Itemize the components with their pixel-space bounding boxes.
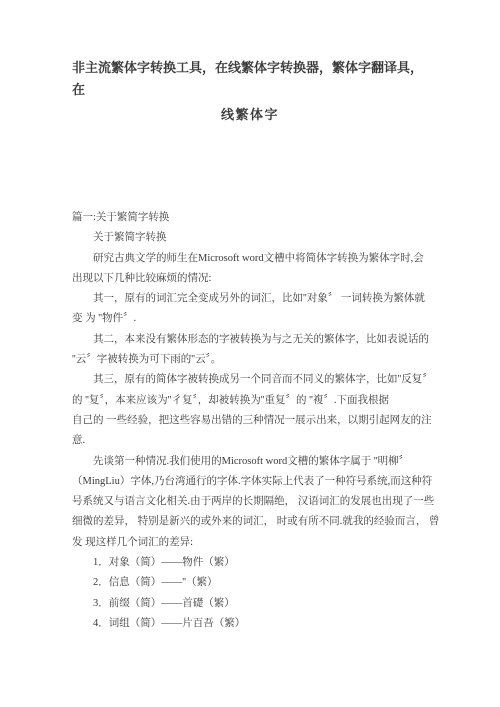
body-line: 其一，原有的词汇完全变成另外的词汇，比如''对象〞 一词转换为繁体就 (72, 289, 440, 309)
body-line: 出现以下几种比较麻烦的情况: (72, 269, 440, 289)
list-item-3: 3．前缀（简）——首礎（繁） (72, 594, 440, 614)
body-line: 研究古典文学的师生在Microsoft word文槽中将简体字转换为繁体字时,会 (72, 249, 440, 269)
document-title-line-2: 在 (72, 79, 442, 101)
body-line: 的 ''复〞，本来应该为''彳复〞，却被转换为''重复〞的 ''複〞.下面我根据 (72, 391, 440, 411)
body-line: （MingLiu）字体,乃台湾通行的字体.字体实际上代表了一种符号系统,而这种符 (72, 472, 440, 492)
body-line: 发 现这样几个词汇的差异: (72, 533, 440, 553)
list-item-1: 1．对象（简）——物件（繁） (72, 553, 440, 573)
document-title: 非主流繁体字转换工具，在线繁体字转换器，繁体字翻译具， 在 (0, 0, 500, 101)
body-line: 自己的 一些经验，把这些容易出错的三种情况一展示出来，以期引起网友的注 (72, 411, 440, 431)
list-item-2: 2．信息（简）——''（繁） (72, 573, 440, 593)
body-line: ''云〞字被转换为可下雨的''云〞。 (72, 350, 440, 370)
document-body: 篇一:关于繁简字转换 关于繁简字转换 研究古典文学的师生在Microsoft w… (0, 208, 500, 634)
body-line: 其二，本来没有繁体形态的字被转换为与之无关的繁体字，比如表说话的 (72, 330, 440, 350)
body-line: 先谈第一种情况.我们使用的Microsoft word文槽的繁体字属于 ''明柳… (72, 452, 440, 472)
body-line: 其三，原有的简体字被转换成另一个同音而不同义的繁体字，比如''反复〞 (72, 370, 440, 390)
body-line: 意. (72, 431, 440, 451)
body-line: 细微的差异， 特别是新兴的或外来的词汇， 时或有所不同.就我的经验而言， 曾 (72, 512, 440, 532)
body-line: 关于繁简字转换 (72, 228, 440, 248)
list-item-4: 4．词组（简）——片百吾（繁） (72, 614, 440, 634)
body-line: 号系统又与语言文化相关.由于两岸的长期隔绝， 汉语词汇的发展也出现了一些 (72, 492, 440, 512)
body-line-heading: 篇一:关于繁简字转换 (72, 208, 440, 228)
body-line: 变 为 ''物件〞. (72, 309, 440, 329)
document-title-line-1: 非主流繁体字转换工具，在线繁体字转换器，繁体字翻译具， (72, 57, 442, 79)
document-subtitle: 线繁体字 (0, 104, 500, 126)
document-page: 非主流繁体字转换工具，在线繁体字转换器，繁体字翻译具， 在 线繁体字 篇一:关于… (0, 0, 500, 707)
